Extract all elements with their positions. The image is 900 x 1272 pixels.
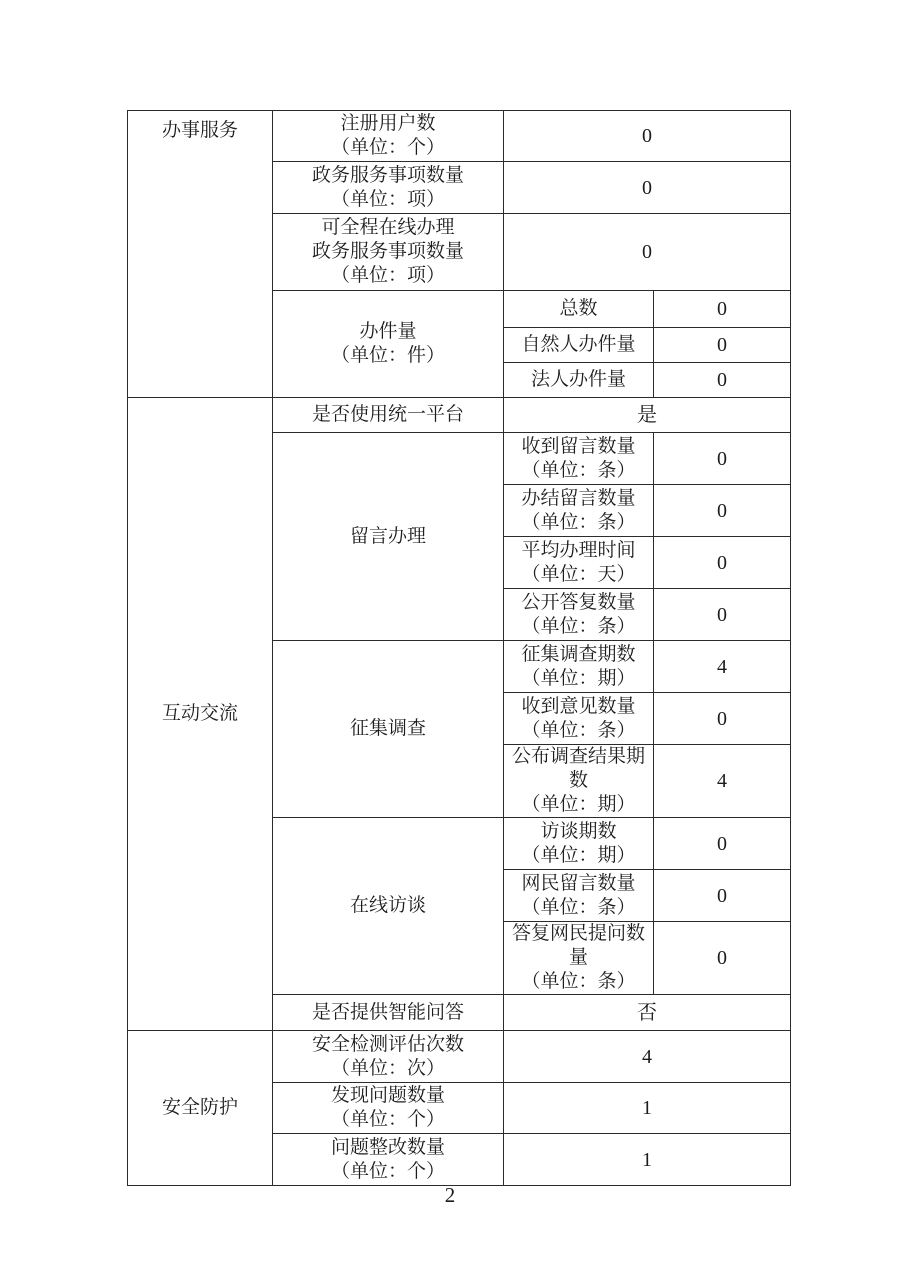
sub-row-label: 平均办理时间 （单位：天）	[504, 537, 654, 589]
sub-row-label-line: 征集调查期数	[504, 643, 653, 667]
row-label-unit: （单位：个）	[273, 1108, 503, 1132]
row-label-unit: （单位：个）	[273, 1160, 503, 1184]
row-label: 注册用户数 （单位：个）	[273, 111, 504, 162]
sub-row-label-unit: （单位：天）	[504, 563, 653, 587]
row-label-line: 注册用户数	[273, 112, 503, 136]
sub-row-label-unit: （单位：条）	[504, 719, 653, 743]
page-number: 2	[0, 1183, 900, 1208]
sub-row-label-line: 公布调查结果期数	[504, 745, 653, 793]
sub-row-label: 征集调查期数 （单位：期）	[504, 641, 654, 693]
group-label-banjianliang: 办件量 （单位：件）	[273, 291, 504, 398]
statistics-table: 办事服务 注册用户数 （单位：个） 0 政务服务事项数量 （单位：项） 0 可全…	[127, 110, 791, 1186]
row-value: 4	[504, 1031, 791, 1083]
sub-row-label: 收到意见数量 （单位：条）	[504, 693, 654, 745]
sub-row-label: 公布调查结果期数 （单位：期）	[504, 745, 654, 818]
sub-row-label: 答复网民提问数量 （单位：条）	[504, 922, 654, 995]
sub-row-label-line: 公开答复数量	[504, 591, 653, 615]
row-label-unit: （单位：个）	[273, 136, 503, 160]
sub-row-value: 0	[654, 363, 791, 398]
row-value: 1	[504, 1083, 791, 1134]
sub-row-label-line: 答复网民提问数量	[504, 922, 653, 970]
sub-row-label-unit: （单位：条）	[504, 896, 653, 920]
group-label-zhengjidiaocha: 征集调查	[273, 641, 504, 818]
row-label-line: 安全检测评估次数	[273, 1033, 503, 1057]
sub-row-label: 总数	[504, 291, 654, 328]
row-label-line: 政务服务事项数量	[273, 164, 503, 188]
sub-row-value: 0	[654, 870, 791, 922]
sub-row-value: 4	[654, 745, 791, 818]
section-label-security: 安全防护	[128, 1031, 273, 1186]
row-label-unit: （单位：项）	[273, 264, 503, 288]
sub-row-value: 4	[654, 641, 791, 693]
row-value: 否	[504, 995, 791, 1031]
sub-row-value: 0	[654, 433, 791, 485]
section-label-service: 办事服务	[128, 111, 273, 398]
sub-row-value: 0	[654, 291, 791, 328]
row-label: 是否提供智能问答	[273, 995, 504, 1031]
sub-row-label: 网民留言数量 （单位：条）	[504, 870, 654, 922]
sub-row-value: 0	[654, 537, 791, 589]
sub-row-label: 法人办件量	[504, 363, 654, 398]
row-value: 0	[504, 111, 791, 162]
sub-row-label-line: 办结留言数量	[504, 487, 653, 511]
sub-row-label: 收到留言数量 （单位：条）	[504, 433, 654, 485]
sub-row-value: 0	[654, 589, 791, 641]
row-label: 可全程在线办理 政务服务事项数量 （单位：项）	[273, 214, 504, 291]
sub-row-value: 0	[654, 328, 791, 363]
row-label: 发现问题数量 （单位：个）	[273, 1083, 504, 1134]
sub-row-label-line: 访谈期数	[504, 820, 653, 844]
section-label-interaction: 互动交流	[128, 398, 273, 1031]
row-value: 1	[504, 1134, 791, 1186]
row-value: 是	[504, 398, 791, 433]
sub-row-label-unit: （单位：期）	[504, 844, 653, 868]
sub-row-label-unit: （单位：条）	[504, 970, 653, 994]
sub-row-label-line: 平均办理时间	[504, 539, 653, 563]
row-label: 政务服务事项数量 （单位：项）	[273, 162, 504, 214]
sub-row-label: 办结留言数量 （单位：条）	[504, 485, 654, 537]
row-value: 0	[504, 214, 791, 291]
group-label-unit: （单位：件）	[273, 344, 503, 368]
sub-row-label: 公开答复数量 （单位：条）	[504, 589, 654, 641]
row-label-line: 发现问题数量	[273, 1084, 503, 1108]
row-label-unit: （单位：项）	[273, 188, 503, 212]
sub-row-value: 0	[654, 693, 791, 745]
sub-row-value: 0	[654, 818, 791, 870]
sub-row-label-unit: （单位：条）	[504, 511, 653, 535]
group-label-liuyanbanli: 留言办理	[273, 433, 504, 641]
row-label-line: 政务服务事项数量	[273, 240, 503, 264]
row-label: 问题整改数量 （单位：个）	[273, 1134, 504, 1186]
row-value: 0	[504, 162, 791, 214]
sub-row-label-unit: （单位：期）	[504, 667, 653, 691]
sub-row-value: 0	[654, 922, 791, 995]
row-label-unit: （单位：次）	[273, 1057, 503, 1081]
sub-row-label: 自然人办件量	[504, 328, 654, 363]
row-label: 是否使用统一平台	[273, 398, 504, 433]
row-label-line: 可全程在线办理	[273, 216, 503, 240]
sub-row-label-line: 收到意见数量	[504, 695, 653, 719]
sub-row-label-line: 网民留言数量	[504, 872, 653, 896]
sub-row-label-unit: （单位：条）	[504, 615, 653, 639]
sub-row-label-unit: （单位：条）	[504, 459, 653, 483]
row-label-line: 问题整改数量	[273, 1136, 503, 1160]
sub-row-value: 0	[654, 485, 791, 537]
sub-row-label: 访谈期数 （单位：期）	[504, 818, 654, 870]
sub-row-label-unit: （单位：期）	[504, 793, 653, 817]
group-label-line: 办件量	[273, 320, 503, 344]
sub-row-label-line: 收到留言数量	[504, 435, 653, 459]
group-label-zaixianfangtan: 在线访谈	[273, 818, 504, 995]
row-label: 安全检测评估次数 （单位：次）	[273, 1031, 504, 1083]
